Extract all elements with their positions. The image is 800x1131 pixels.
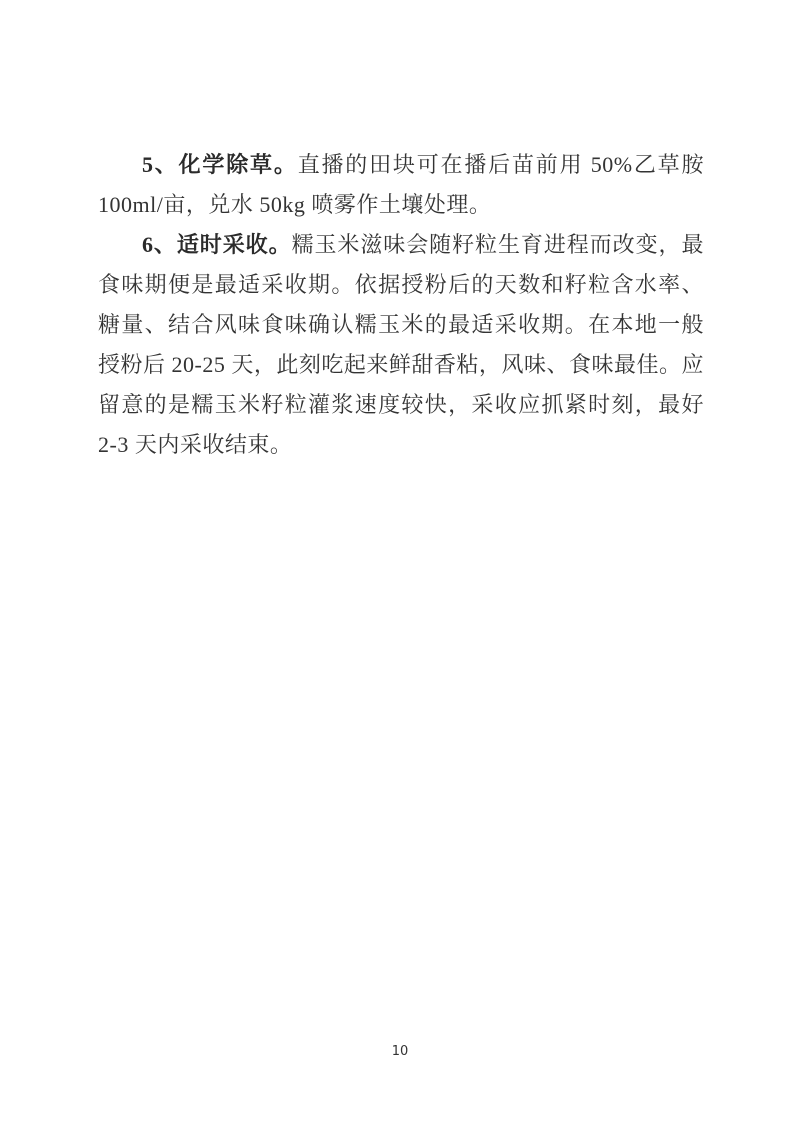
paragraph-6-line-5: 留意的是糯玉米籽粒灌浆速度较快，采收应抓紧时刻，最好在 xyxy=(98,385,704,425)
paragraph-5-chemical-weeding: 5、化学除草。直播的田块可在播后苗前用 50%乙草胺 100ml/亩，兑水 50… xyxy=(98,145,704,225)
paragraph-5-line-1: 直播的田块可在播后苗前用 50%乙草胺 xyxy=(298,152,704,177)
paragraph-6-line-6: 2-3 天内采收结束。 xyxy=(98,425,704,465)
page-number: 10 xyxy=(0,1042,800,1062)
paragraph-6-line-3: 糖量、结合风味食味确认糯玉米的最适采收期。在本地一般为 xyxy=(98,305,704,345)
paragraph-5-line-2: 100ml/亩，兑水 50kg 喷雾作土壤处理。 xyxy=(98,185,704,225)
paragraph-6-line-4: 授粉后 20-25 天，此刻吃起来鲜甜香粘，风味、食味最佳。应 xyxy=(98,345,704,385)
paragraph-line: 5、化学除草。直播的田块可在播后苗前用 50%乙草胺 xyxy=(98,145,704,185)
document-page: 5、化学除草。直播的田块可在播后苗前用 50%乙草胺 100ml/亩，兑水 50… xyxy=(0,0,800,1131)
paragraph-6-timely-harvest: 6、适时采收。糯玉米滋味会随籽粒生育进程而改变，最佳 食味期便是最适采收期。依据… xyxy=(98,225,704,465)
paragraph-6-heading: 6、适时采收。 xyxy=(142,232,292,257)
paragraph-5-heading: 5、化学除草。 xyxy=(142,152,298,177)
paragraph-line: 6、适时采收。糯玉米滋味会随籽粒生育进程而改变，最佳 xyxy=(98,225,704,265)
document-text-block: 5、化学除草。直播的田块可在播后苗前用 50%乙草胺 100ml/亩，兑水 50… xyxy=(98,145,704,465)
paragraph-6-line-2: 食味期便是最适采收期。依据授粉后的天数和籽粒含水率、含 xyxy=(98,265,704,305)
